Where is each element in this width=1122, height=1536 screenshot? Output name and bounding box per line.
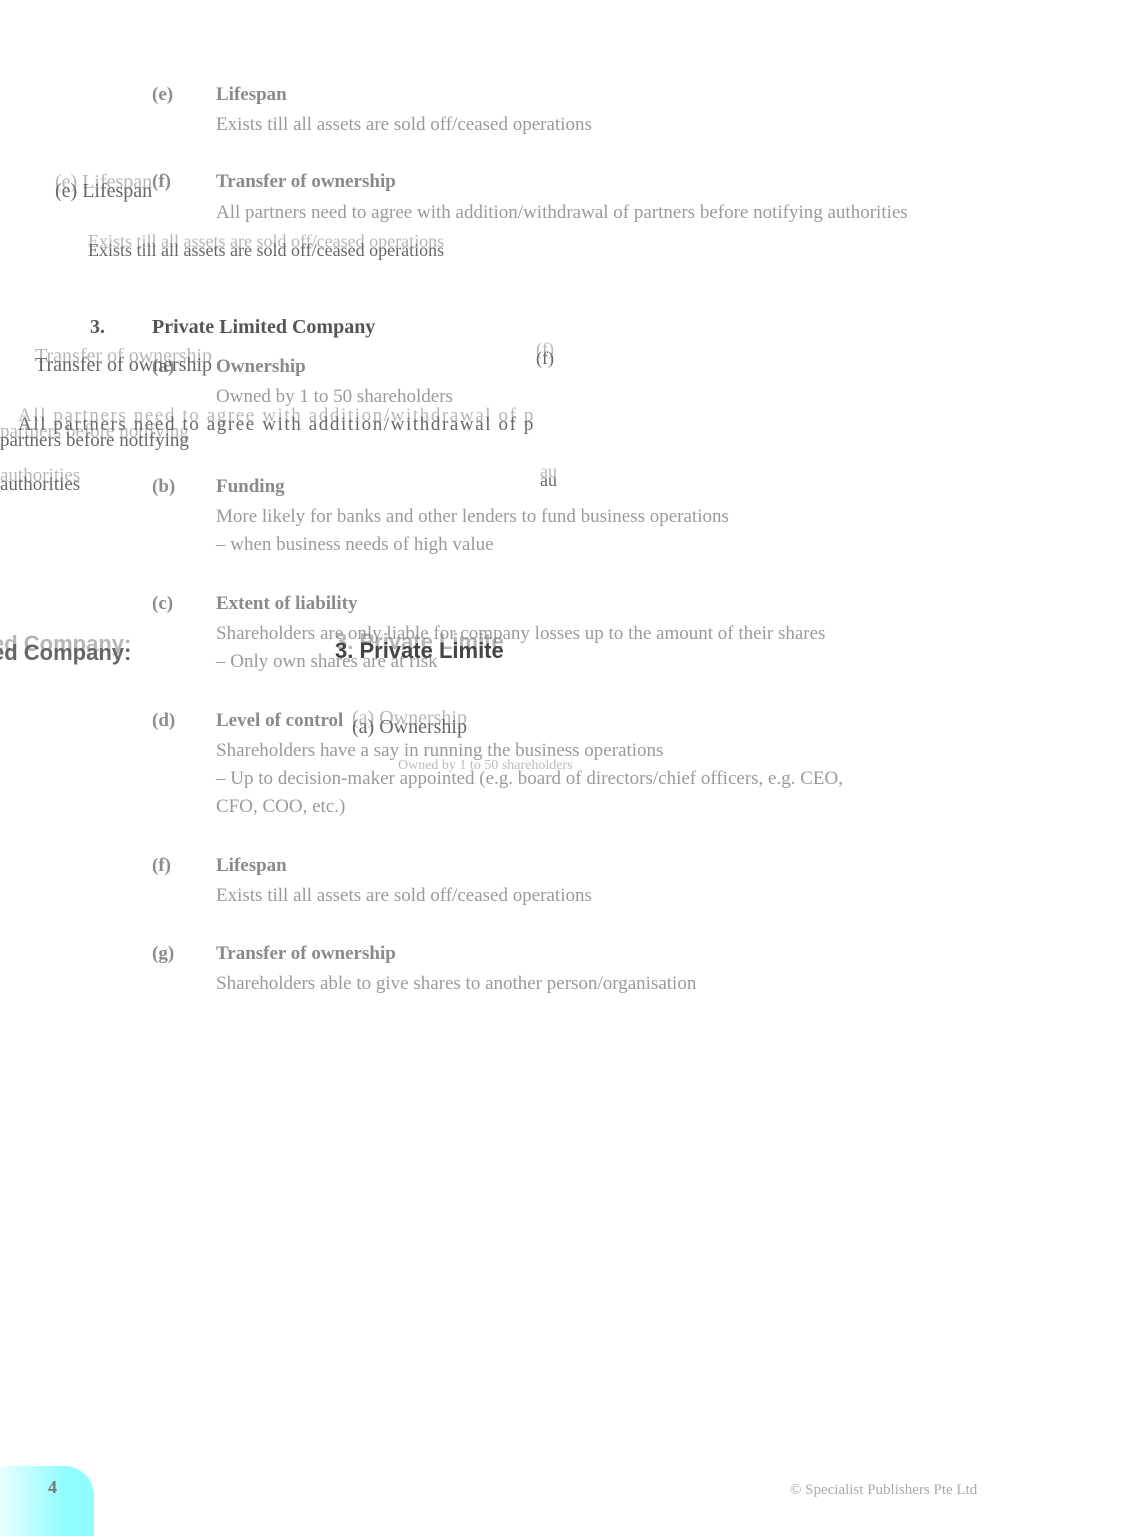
item-number: (g) [152,943,174,965]
overlay-ownership-label: (a) Ownership [352,716,467,739]
item-heading: Level of control [216,710,343,732]
overlay-company-fragment: ed Company: [0,640,131,666]
item-number: (c) [152,593,173,615]
section-name: Private Limited Company [152,316,375,338]
item-heading: Ownership [216,356,306,378]
item-heading: Lifespan [216,84,287,106]
item-number: (d) [152,710,175,732]
item-text: Exists till all assets are sold off/ceas… [216,114,592,136]
item-text: Owned by 1 to 50 shareholders [216,386,453,408]
document-page: (e) Lifespan Exists till all assets are … [0,0,1122,1536]
page-number-tab [0,1466,94,1536]
item-number: (f) [152,855,171,877]
item-heading: Lifespan [216,855,287,877]
item-heading: Funding [216,476,285,498]
item-text: Exists till all assets are sold off/ceas… [216,885,592,907]
item-heading: Extent of liability [216,593,357,615]
overlay-transfer-text: authorities [0,474,80,496]
item-text: Shareholders are only liable for company… [216,623,825,645]
overlay-f-marker: (f) [536,348,554,369]
item-number: (f) [152,171,171,193]
item-text: All partners need to agree with addition… [216,198,1006,228]
section-title: 3.Private Limited Company [90,316,375,339]
overlay-private-fragment: 3. Private Limite [335,638,504,664]
item-number: (e) [152,84,173,106]
item-text: CFO, COO, etc.) [216,796,345,818]
overlay-transfer-label: Transfer of ownership [35,354,212,377]
publisher-footer: © Specialist Publishers Pte Ltd [790,1482,977,1499]
item-heading: Transfer of ownership [216,943,396,965]
item-number: (b) [152,476,175,498]
overlay-fragment: au [540,470,557,491]
item-text: – when business needs of high value [216,534,494,556]
item-heading: Transfer of ownership [216,171,396,193]
section-number: 3. [90,316,152,339]
overlay-lifespan-text: Exists till all assets are sold off/ceas… [88,240,444,261]
overlay-lifespan-label: (e) Lifespan [55,180,152,203]
item-text: Shareholders able to give shares to anot… [216,973,696,995]
item-text: More likely for banks and other lenders … [216,506,729,528]
overlay-owned-by: Owned by 1 to 50 shareholders [398,758,573,774]
overlay-transfer-text: partners before notifying [0,430,189,452]
page-number: 4 [48,1477,57,1498]
